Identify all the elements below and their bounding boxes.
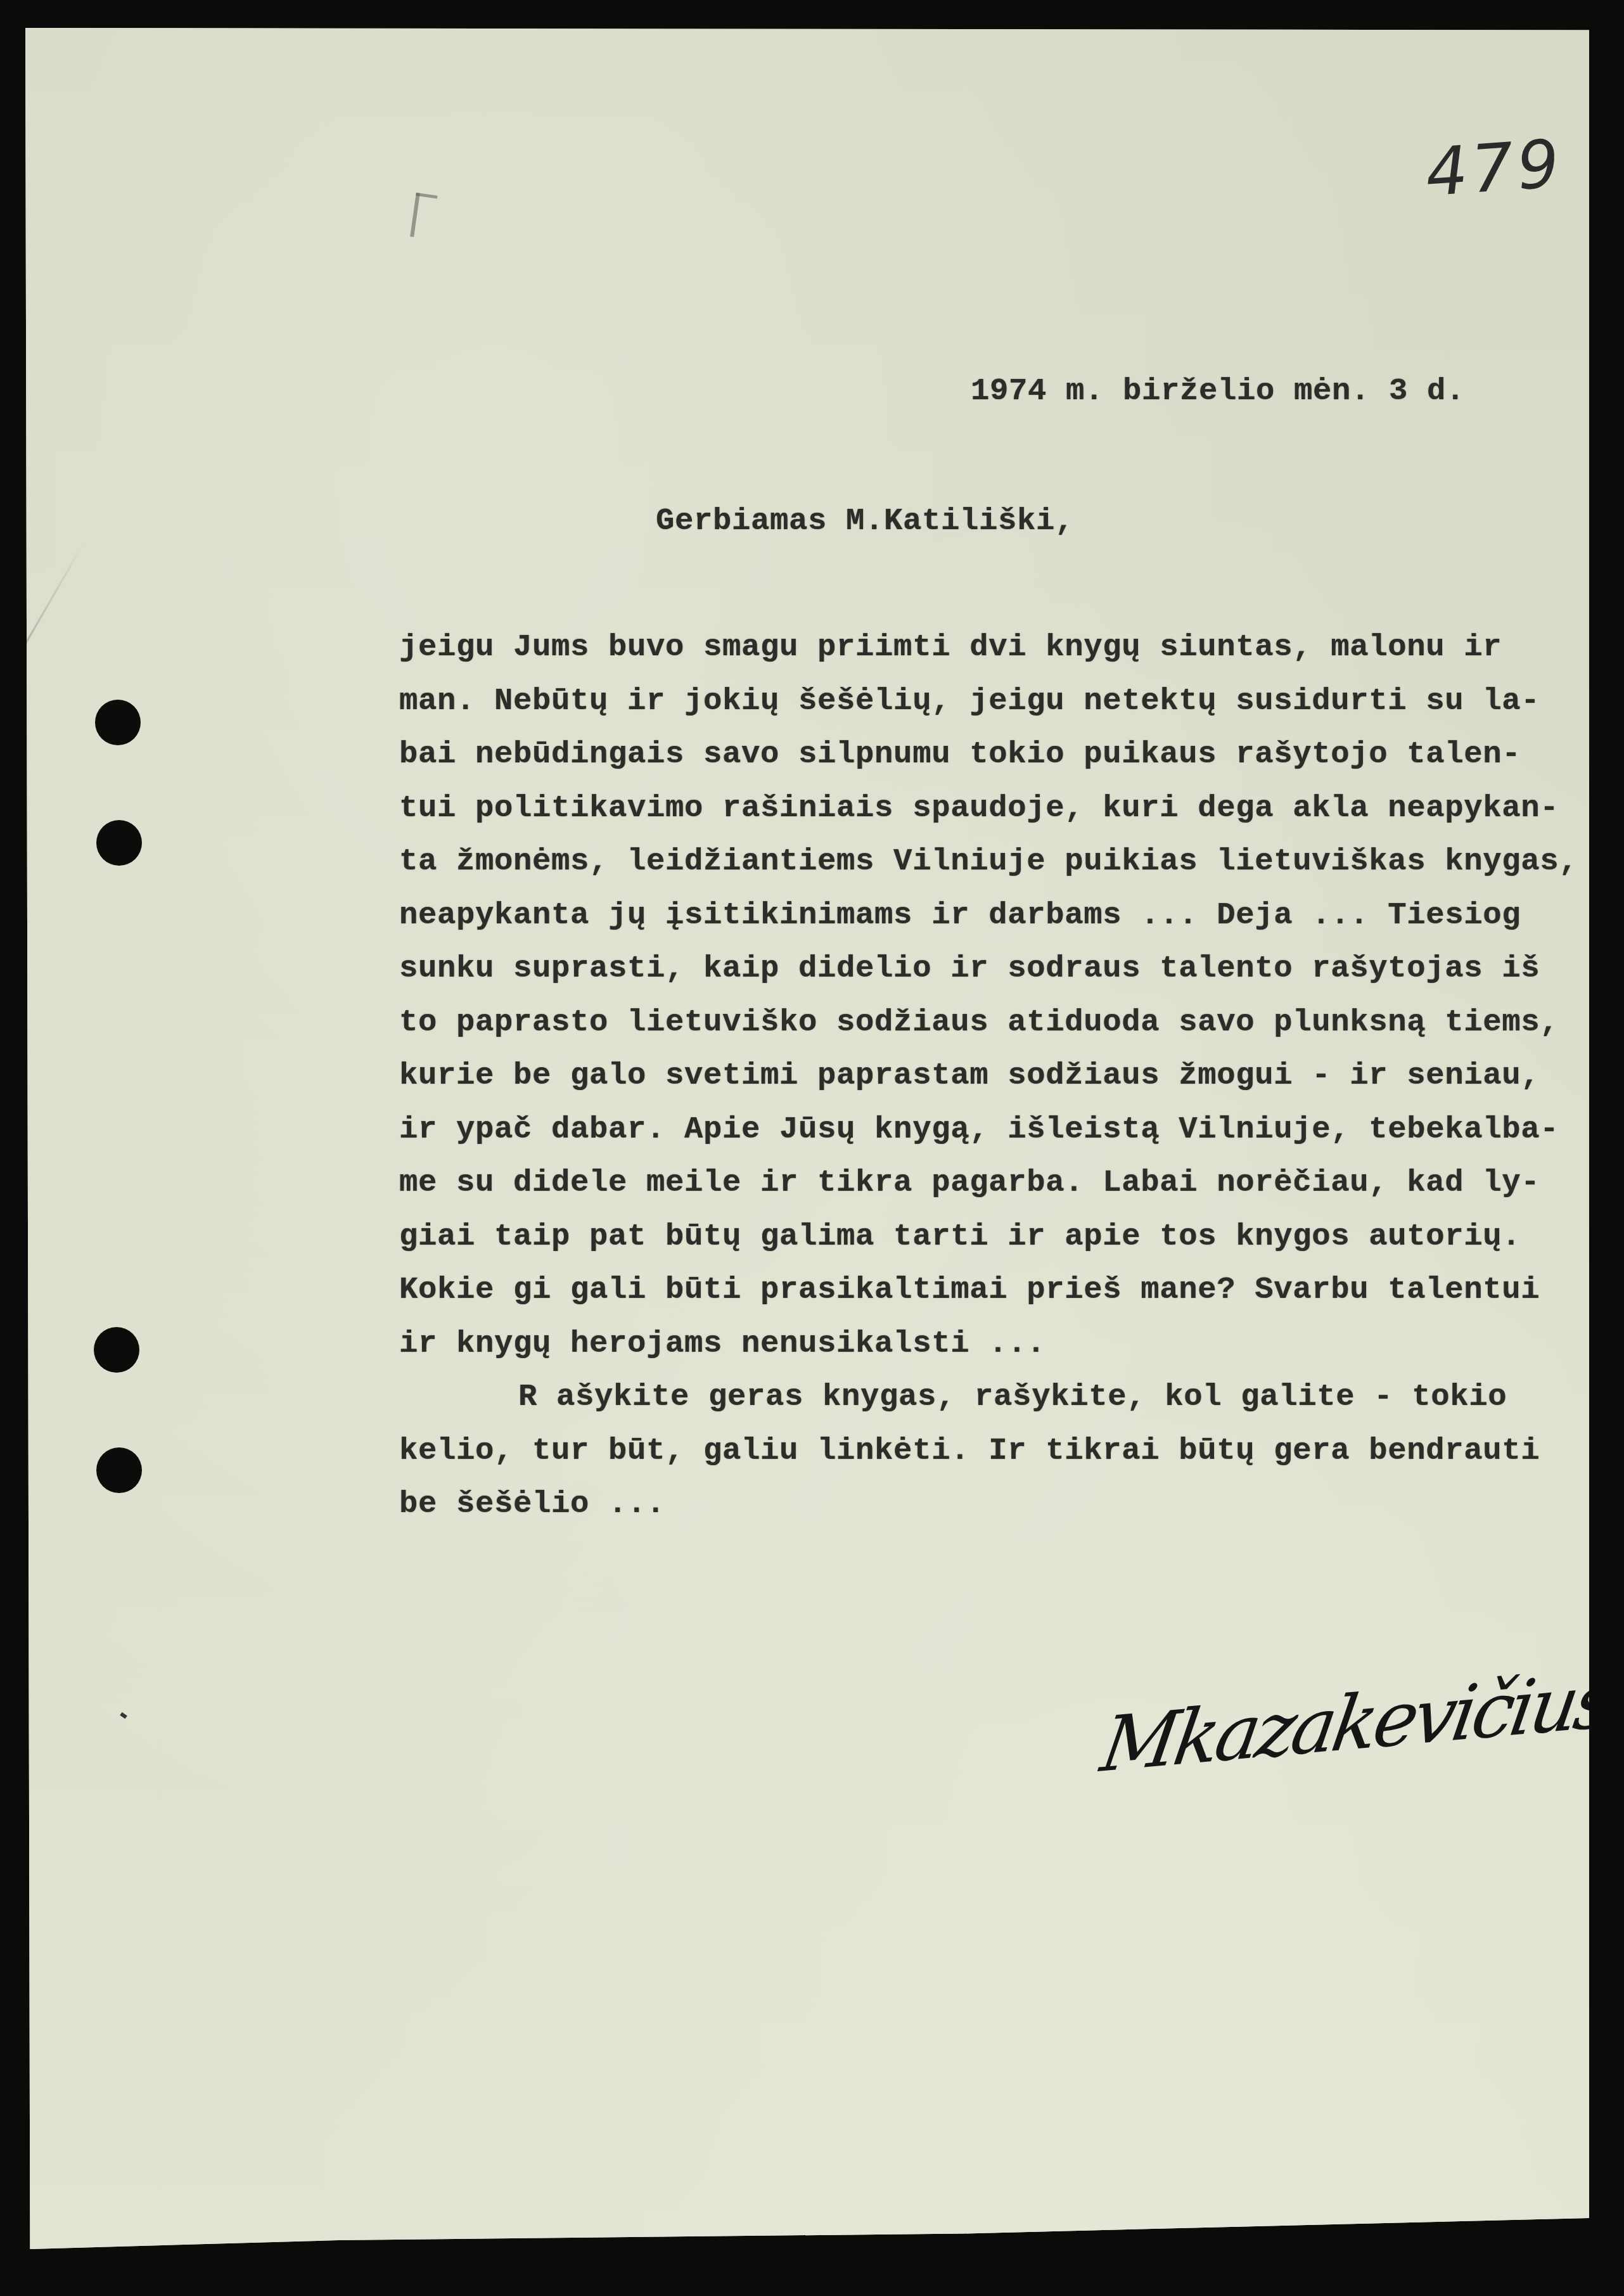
paper-crease bbox=[0, 541, 86, 927]
letter-body: jeigu Jums buvo smagu priimti dvi knygų … bbox=[399, 620, 1578, 1531]
page-number: 479 bbox=[1423, 125, 1565, 212]
body-line: neapykanta jų įsitikinimams ir darbams .… bbox=[399, 888, 1578, 942]
closing-line: be šešėlio ... bbox=[399, 1477, 1578, 1531]
body-line: ir ypač dabar. Apie Jūsų knygą, išleistą… bbox=[399, 1103, 1578, 1157]
handwritten-signature: Mkazakevičius bbox=[1096, 1656, 1617, 1789]
corner-mark-icon bbox=[410, 193, 420, 237]
body-line: man. Nebūtų ir jokių šešėlių, jeigu nete… bbox=[399, 674, 1578, 728]
body-line: sunku suprasti, kaip didelio ir sodraus … bbox=[399, 942, 1578, 996]
punch-hole-icon bbox=[94, 1327, 139, 1373]
body-line: ir knygų herojams nenusikalsti ... bbox=[399, 1317, 1578, 1371]
date-line: 1974 m. birželio mėn. 3 d. bbox=[971, 373, 1465, 409]
ink-speck-icon bbox=[120, 1712, 127, 1719]
body-line: giai taip pat būtų galima tarti ir apie … bbox=[399, 1210, 1578, 1264]
body-line: me su didele meile ir tikra pagarba. Lab… bbox=[399, 1156, 1578, 1210]
body-line: Kokie gi gali būti prasikaltimai prieš m… bbox=[399, 1263, 1578, 1317]
closing-line: R ašykite geras knygas, rašykite, kol ga… bbox=[399, 1370, 1578, 1424]
salutation: Gerbiamas M.Katiliški, bbox=[656, 503, 1074, 539]
body-line: bai nebūdingais savo silpnumu tokio puik… bbox=[399, 728, 1578, 781]
letter-page: 479 1974 m. birželio mėn. 3 d. Gerbiamas… bbox=[25, 28, 1589, 2249]
body-line: to paprasto lietuviško sodžiaus atiduoda… bbox=[399, 996, 1578, 1049]
body-line: ta žmonėms, leidžiantiems Vilniuje puiki… bbox=[399, 835, 1578, 888]
punch-hole-icon bbox=[95, 700, 141, 745]
closing-line: kelio, tur būt, galiu linkėti. Ir tikrai… bbox=[399, 1424, 1578, 1478]
punch-hole-icon bbox=[96, 820, 142, 866]
body-line: tui politikavimo rašiniais spaudoje, kur… bbox=[399, 781, 1578, 835]
body-line: kurie be galo svetimi paprastam sodžiaus… bbox=[399, 1049, 1578, 1103]
punch-hole-icon bbox=[96, 1447, 142, 1493]
body-line: jeigu Jums buvo smagu priimti dvi knygų … bbox=[399, 620, 1578, 674]
